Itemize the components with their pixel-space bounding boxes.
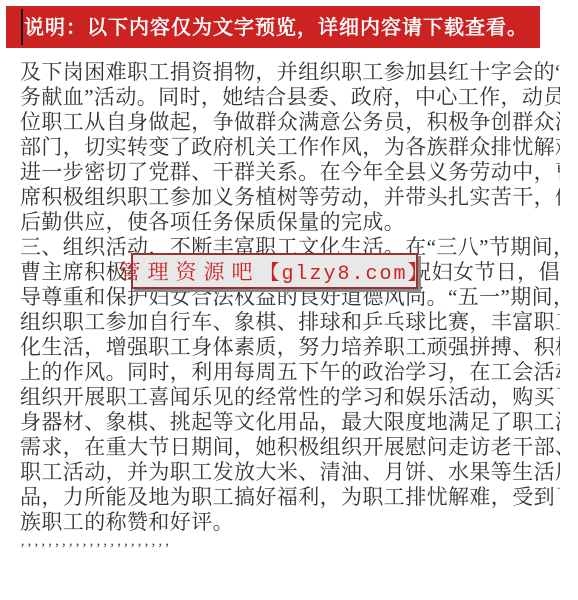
text-line: 品，力所能及地为职工搞好福利，为职工排忧解难，受到了各 <box>20 485 560 510</box>
text-cursor <box>21 9 23 45</box>
preview-notice-text: 说明：以下内容仅为文字预览，详细内容请下载查看。 <box>24 17 528 39</box>
text-line: 及下岗困难职工捐资捐物，并组织职工参加县红十字会的“义 <box>20 60 560 85</box>
text-line: 职工活动，并为职工发放大米、清油、月饼、水果等生活用 <box>20 460 560 485</box>
text-line: 位职工从自身做起，争做群众满意公务员，积极争创群众满意 <box>20 110 560 135</box>
text-line: 后勤供应，使各项任务保质保量的完成。 <box>20 210 560 235</box>
watermark-site-name: 管理资源吧 <box>119 256 259 286</box>
watermark-badge: 管理资源吧【glzy8.com】 <box>131 253 418 289</box>
text-lines-container: 及下岗困难职工捐资捐物，并组织职工参加县红十字会的“义务献血”活动。同时，她结合… <box>20 60 560 562</box>
document-preview-page: 说明：以下内容仅为文字预览，详细内容请下载查看。 及下岗困难职工捐资捐物，并组织… <box>0 0 578 600</box>
text-line: 组织开展职工喜闻乐见的经常性的学习和娱乐活动，购买了健 <box>20 385 560 410</box>
text-line: 族职工的称赞和好评。 <box>20 510 560 535</box>
text-line: 上的作风。同时，利用每周五下午的政治学习，在工会活动室 <box>20 360 560 385</box>
text-line: 需求，在重大节日期间，她积极组织开展慰问走访老干部、老 <box>20 435 560 460</box>
text-line: 化生活，增强职工身体素质，努力培养职工顽强拼搏、积极向 <box>20 335 560 360</box>
text-line-right-fragment: 祝妇女节日，倡 <box>410 260 560 285</box>
preview-notice-banner: 说明：以下内容仅为文字预览，详细内容请下载查看。 <box>6 6 540 48</box>
text-line: 身器材、象棋、挑起等文化用品，最大限度地满足了职工活动 <box>20 410 560 435</box>
text-line: 务献血”活动。同时，她结合县委、政府，中心工作，动员每 <box>20 85 560 110</box>
text-line: 组织职工参加自行车、象棋、排球和乒乓球比赛，丰富职工文 <box>20 310 560 335</box>
text-line: 进一步密切了党群、干群关系。在今年全县义务劳动中，曹主 <box>20 160 560 185</box>
text-line: 部门，切实转变了政府机关工作作风，为各族群众排忧解难， <box>20 135 560 160</box>
watermark-site-url: 【glzy8.com】 <box>259 256 429 286</box>
ellipsis-row: ’’’’’’’’’’’’’’’’’’’’’’ <box>20 535 560 562</box>
document-body: 及下岗困难职工捐资捐物，并组织职工参加县红十字会的“义务献血”活动。同时，她结合… <box>0 60 578 562</box>
text-line: 席积极组织职工参加义务植树等劳动，并带头扎实苦干，保证 <box>20 185 560 210</box>
